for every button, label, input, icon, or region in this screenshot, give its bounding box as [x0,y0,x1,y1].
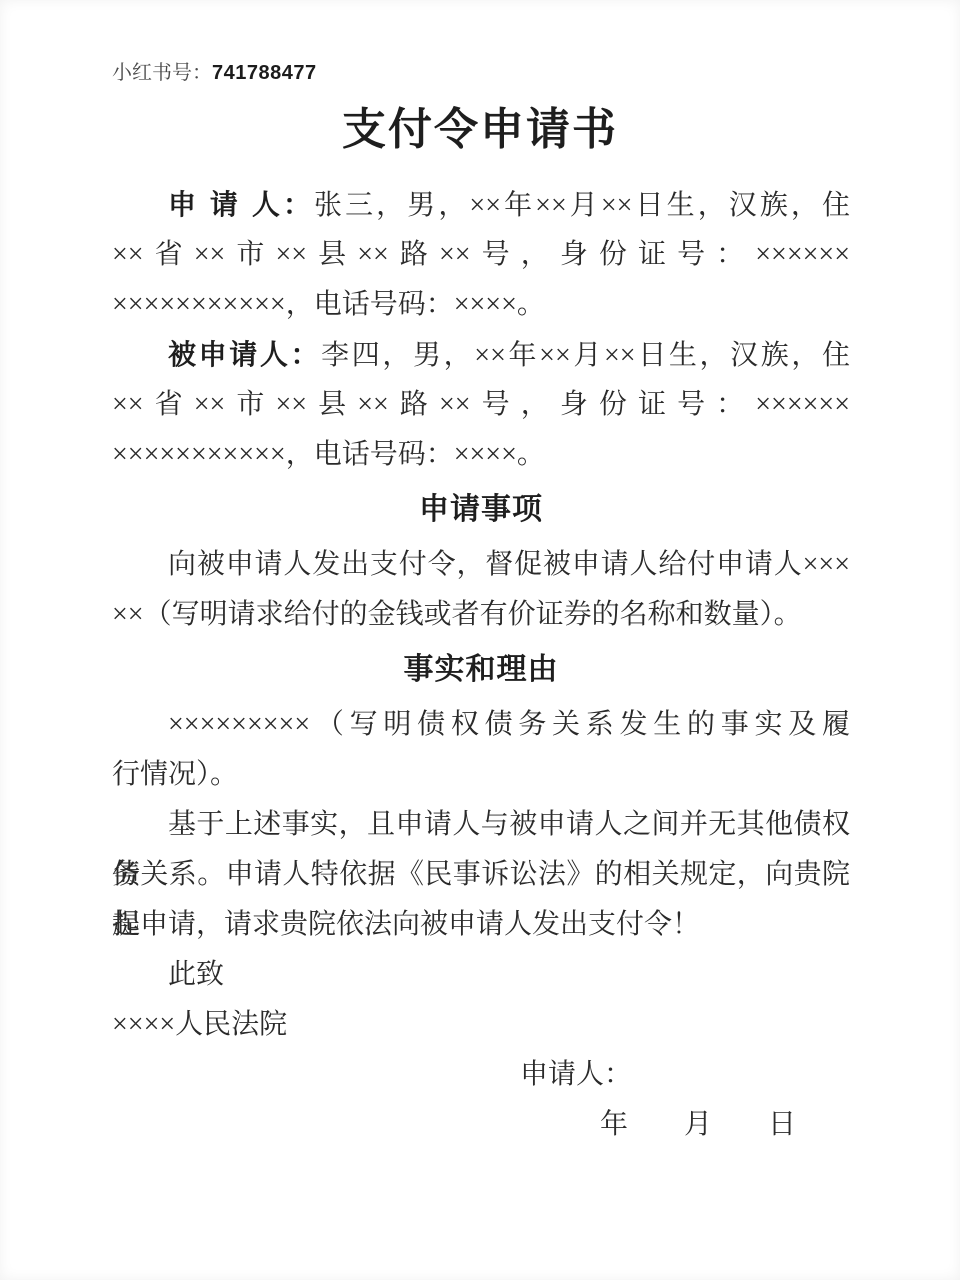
applicant-paragraph: 申 请 人：张三，男，××年××月××日生，汉族，住 ××省××市××县××路×… [112,180,850,330]
request-line-2: ××（写明请求给付的金钱或者有价证券的名称和数量）。 [112,590,850,640]
applicant-line-3: ×××××××××××，电话号码：××××。 [112,280,850,330]
request-section-heading: 申请事项 [112,480,850,540]
applicant-label: 申 请 人： [168,189,314,220]
facts-paragraph: ×××××××××（写明债权债务关系发生的事实及履 行情况）。 [112,700,850,800]
respondent-paragraph: 被申请人：李四，男，××年××月××日生，汉族，住 ××省××市××县××路××… [112,330,850,480]
closing-block: 此致 ××××人民法院 申请人： 年 月 日 [112,950,850,1150]
facts-section-heading: 事实和理由 [112,640,850,700]
closing-court: ××××人民法院 [112,1000,850,1050]
respondent-line-1: 被申请人：李四，男，××年××月××日生，汉族，住 [112,330,850,380]
document-page: 小红书号：741788477 支付令申请书 申 请 人：张三，男，××年××月×… [0,0,960,1280]
facts-line-2: 行情况）。 [112,750,850,800]
closing-salute: 此致 [112,950,850,1000]
respondent-line-1-text: 李四，男，××年××月××日生，汉族，住 [321,340,850,371]
applicant-line-1: 申 请 人：张三，男，××年××月××日生，汉族，住 [112,180,850,230]
facts-line-1: ×××××××××（写明债权债务关系发生的事实及履 [112,700,850,750]
respondent-label: 被申请人： [168,339,321,370]
date-line: 年 月 日 [112,1100,850,1150]
basis-line-3: 起申请，请求贵院依法向被申请人发出支付令！ [112,900,850,950]
request-line-1: 向被申请人发出支付令，督促被申请人给付申请人××× [112,540,850,590]
watermark-line: 小红书号：741788477 [0,0,960,88]
applicant-line-2: ××省××市××县××路××号，身份证号：×××××× [112,230,850,280]
signature-label: 申请人： [112,1050,850,1100]
applicant-line-1-text: 张三，男，××年××月××日生，汉族，住 [314,190,850,221]
watermark-number: 741788477 [212,62,317,84]
basis-paragraph: 基于上述事实，且申请人与被申请人之间并无其他债权债 务关系。申请人特依据《民事诉… [112,800,850,950]
respondent-line-2: ××省××市××县××路××号，身份证号：×××××× [112,380,850,430]
basis-line-2: 务关系。申请人特依据《民事诉讼法》的相关规定，向贵院提 [112,850,850,900]
document-body: 申 请 人：张三，男，××年××月××日生，汉族，住 ××省××市××县××路×… [0,180,960,1150]
request-paragraph: 向被申请人发出支付令，督促被申请人给付申请人××× ××（写明请求给付的金钱或者… [112,540,850,640]
respondent-line-3: ×××××××××××，电话号码：××××。 [112,430,850,480]
watermark-label: 小红书号： [112,62,212,84]
basis-line-1: 基于上述事实，且申请人与被申请人之间并无其他债权债 [112,800,850,850]
document-title: 支付令申请书 [0,104,960,156]
